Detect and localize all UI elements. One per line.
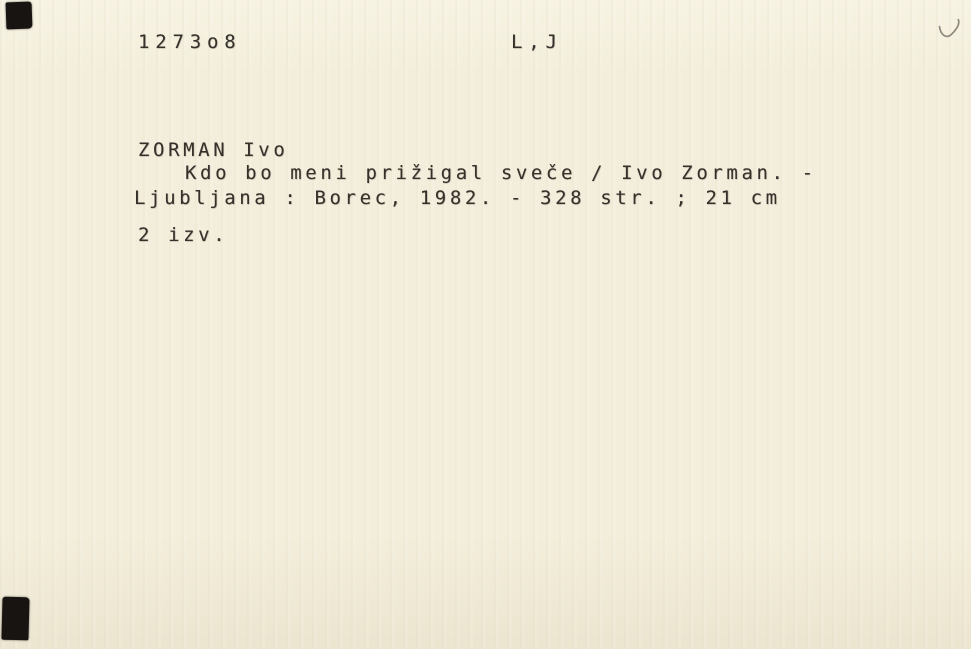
accession-number: 1273o8 <box>138 31 241 53</box>
scan-artifact-top-left <box>6 2 33 30</box>
scan-artifact-bottom-left <box>1 597 29 641</box>
pencil-checkmark-icon <box>935 16 970 47</box>
shelf-signature: L,J <box>511 31 563 53</box>
catalog-card: 1273o8 L,J ZORMAN Ivo Kdo bo meni prižig… <box>0 0 971 649</box>
imprint-line: Ljubljana : Borec, 1982. - 328 str. ; 21… <box>134 187 781 209</box>
title-statement: Kdo bo meni prižigal sveče / Ivo Zorman.… <box>185 162 817 184</box>
copies-note: 2 izv. <box>138 224 228 246</box>
author-heading: ZORMAN Ivo <box>138 139 288 161</box>
